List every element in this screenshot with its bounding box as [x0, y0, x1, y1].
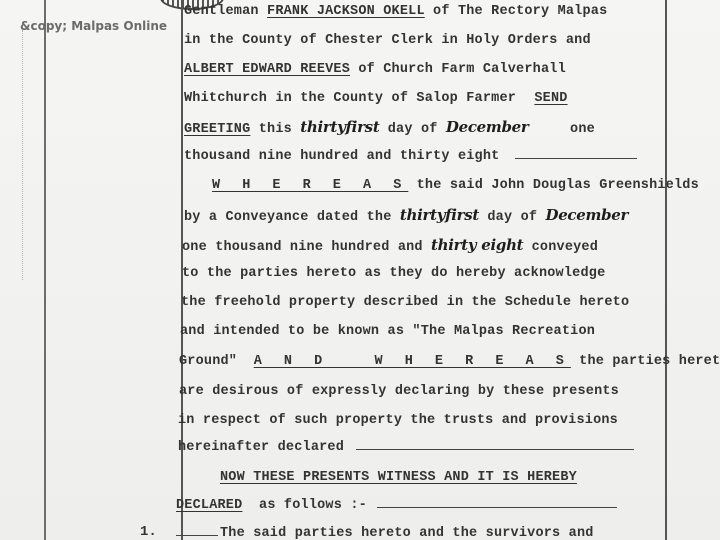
- text: and intended to be known as "The Malpas …: [180, 324, 595, 339]
- text: are desirous of expressly declaring by t…: [179, 384, 619, 399]
- deed-line: in the County of Chester Clerk in Holy O…: [184, 33, 591, 48]
- text: the freehold property described in the S…: [181, 295, 629, 310]
- text: the said John Douglas Greenshields: [408, 178, 699, 193]
- text: day of: [379, 122, 445, 137]
- declared-keyword: DECLARED: [176, 498, 242, 513]
- text: hereinafter declared: [178, 440, 344, 455]
- text: one thousand nine hundred and: [182, 240, 431, 255]
- scanned-document-page: &copy; Malpas Online Gentleman FRANK JAC…: [0, 0, 720, 540]
- deed-line: Ground" A N D W H E R E A S the parties …: [179, 354, 720, 369]
- text: the parties hereto: [571, 354, 720, 369]
- text: in respect of such property the trusts a…: [178, 413, 618, 428]
- text: The said parties hereto and the survivor…: [220, 526, 594, 540]
- deed-line: ALBERT EDWARD REEVES of Church Farm Calv…: [184, 62, 566, 77]
- deed-line: The said parties hereto and the survivor…: [176, 526, 594, 540]
- deed-line: DECLARED as follows :-: [176, 498, 617, 513]
- grantor-name-2: ALBERT EDWARD REEVES: [184, 62, 350, 77]
- text: thousand nine hundred and thirty eight: [184, 149, 499, 164]
- deed-line: in respect of such property the trusts a…: [178, 413, 618, 428]
- text: Ground": [179, 354, 254, 369]
- copyright-watermark: &copy; Malpas Online: [20, 19, 167, 33]
- deed-line: GREETING this thirtyfirst day of Decembe…: [184, 118, 595, 137]
- handwritten-day: thirtyfirst: [300, 118, 379, 136]
- deed-line: are desirous of expressly declaring by t…: [179, 384, 619, 399]
- text: of The Rectory Malpas: [425, 4, 608, 19]
- deed-line: Whitchurch in the County of Salop Farmer…: [184, 91, 578, 106]
- handwritten-year: thirty eight: [431, 236, 523, 254]
- text-right-border: [665, 0, 667, 540]
- text: conveyed: [523, 240, 598, 255]
- handwritten-day: thirtyfirst: [400, 206, 479, 224]
- deed-line: one thousand nine hundred and thirty eig…: [182, 236, 598, 255]
- greeting-keyword: GREETING: [184, 122, 250, 137]
- filler-line: [377, 506, 617, 508]
- deed-line: Gentleman FRANK JACKSON OKELL of The Rec…: [184, 4, 607, 19]
- text: Gentleman: [184, 4, 267, 19]
- text: one: [529, 122, 595, 137]
- handwritten-month: December: [446, 118, 529, 136]
- text: to the parties hereto as they do hereby …: [182, 266, 605, 281]
- deed-line: W H E R E A S the said John Douglas Gree…: [212, 178, 699, 193]
- handwritten-month: December: [545, 206, 628, 224]
- witness-heading: NOW THESE PRESENTS WITNESS AND IT IS HER…: [212, 470, 591, 485]
- text: this: [250, 122, 300, 137]
- text: in the County of Chester Clerk in Holy O…: [184, 33, 591, 48]
- deed-line: hereinafter declared: [178, 440, 634, 455]
- text: as follows :-: [242, 498, 367, 513]
- and-whereas-heading: A N D W H E R E A S: [254, 354, 571, 369]
- deed-line: and intended to be known as "The Malpas …: [180, 324, 595, 339]
- deed-line: the freehold property described in the S…: [181, 295, 629, 310]
- deed-line: by a Conveyance dated the thirtyfirst da…: [184, 206, 628, 225]
- margin-dotted-rule: [22, 30, 24, 280]
- filler-line: [515, 157, 637, 159]
- deed-line: thousand nine hundred and thirty eight: [184, 149, 637, 164]
- filler-line: [176, 534, 218, 536]
- deed-line: to the parties hereto as they do hereby …: [182, 266, 605, 281]
- whereas-heading: W H E R E A S: [212, 178, 408, 193]
- text: day of: [479, 210, 545, 225]
- outer-margin-rule: [44, 0, 46, 540]
- text: Whitchurch in the County of Salop Farmer: [184, 91, 524, 106]
- clause-number: 1.: [140, 524, 157, 540]
- text: of Church Farm Calverhall: [350, 62, 566, 77]
- deed-line: NOW THESE PRESENTS WITNESS AND IT IS HER…: [212, 470, 591, 485]
- text: by a Conveyance dated the: [184, 210, 400, 225]
- filler-line: [356, 448, 634, 450]
- grantor-name: FRANK JACKSON OKELL: [267, 4, 425, 19]
- send-keyword: SEND: [524, 91, 577, 106]
